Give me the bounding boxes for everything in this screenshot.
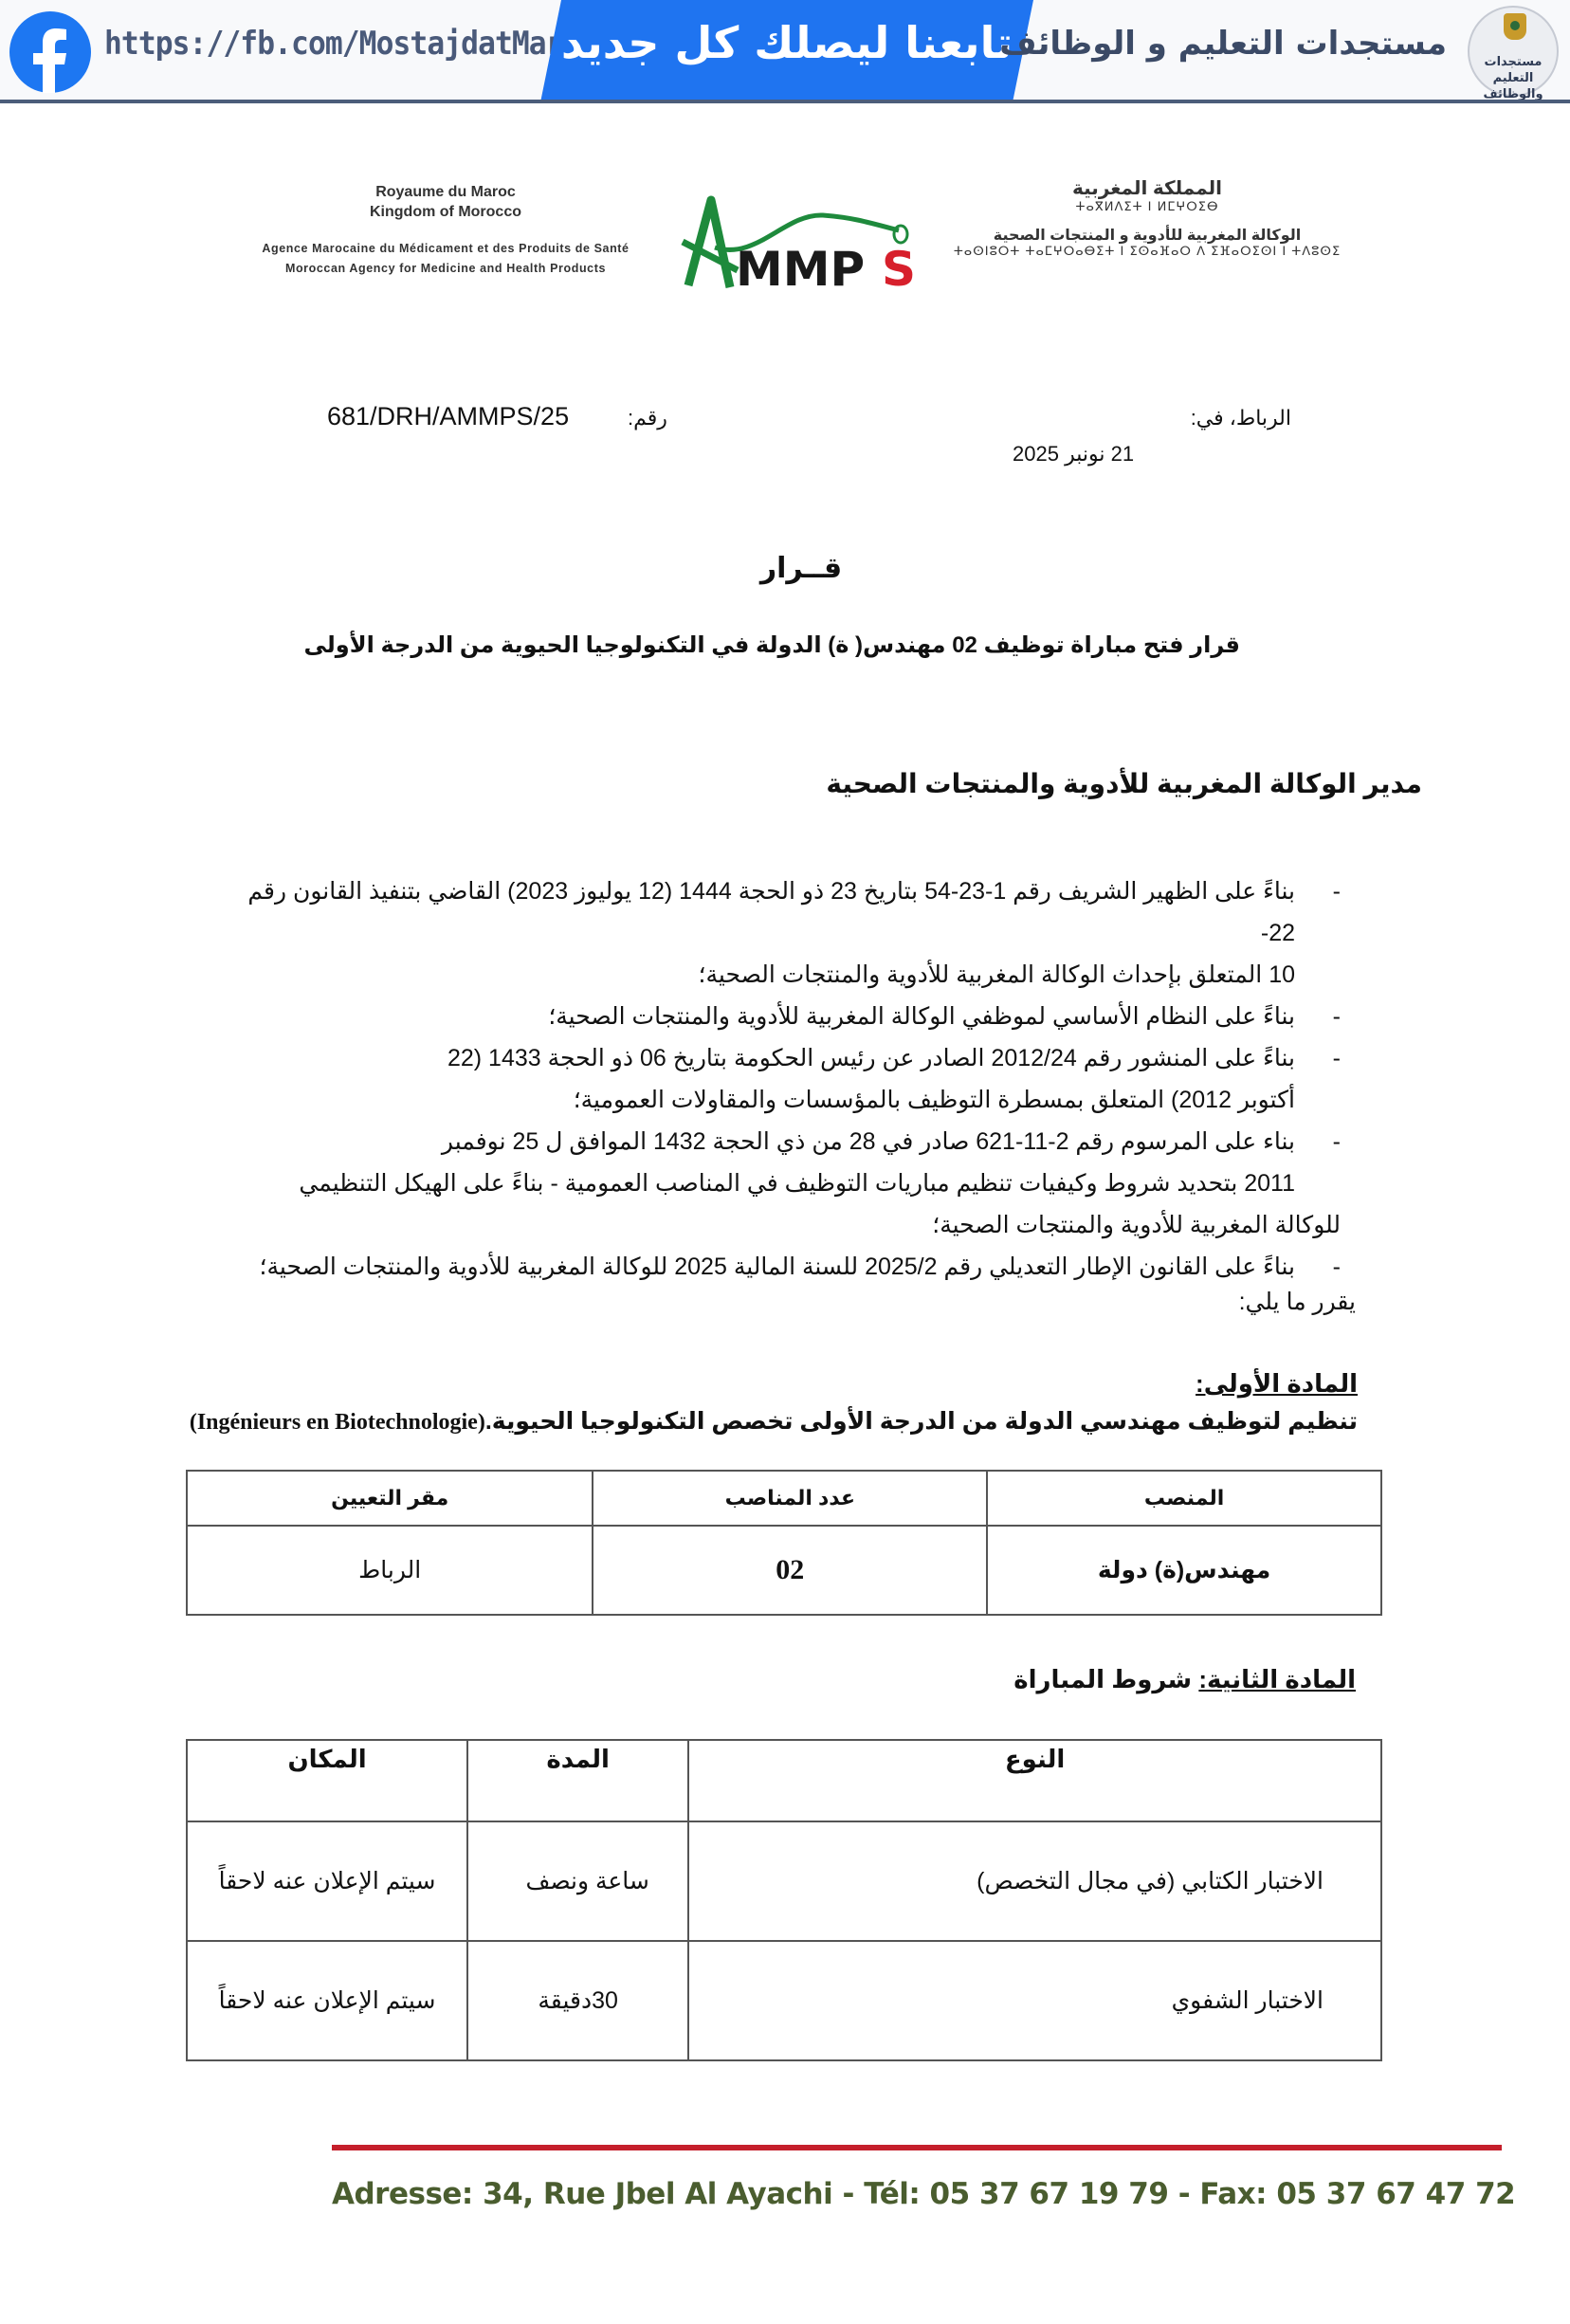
posts-table: المنصب عدد المناصب مقر التعيين مهندس(ة) …: [186, 1470, 1382, 1616]
table-row: الاختبار الشفوي 30دقيقة سيتم الإعلان عنه…: [187, 1941, 1381, 2060]
column-header: النوع: [688, 1740, 1381, 1821]
place-label: الرباط، في:: [1191, 406, 1291, 430]
consideration-item: - بناء على المرسوم رقم 2-11-621 صادر في …: [224, 1121, 1295, 1246]
post-location-cell: الرباط: [187, 1526, 593, 1615]
reference-number: 681/DRH/AMMPS/25: [327, 402, 569, 431]
ammps-logo: MMP S: [681, 194, 927, 299]
fr-agency: Agence Marocaine du Médicament et des Pr…: [228, 239, 664, 259]
footer-address: Adresse: 34, Rue Jbel Al Ayachi - Tél: 0…: [332, 2177, 1507, 2211]
bullet-dash: -: [1333, 1037, 1341, 1079]
site-logo: مستجدات التعليم والوظائف: [1468, 6, 1559, 97]
ar-kingdom: المملكة المغربية: [929, 176, 1365, 200]
decision-subtitle: قرار فتح مباراة توظيف 02 مهندس( ة) الدول…: [303, 631, 1240, 659]
site-name: مستجدات التعليم و الوظائف: [999, 25, 1447, 63]
reference-label: رقم:: [628, 406, 667, 430]
consideration-item: - بناءً على القانون الإطار التعديلي رقم …: [224, 1246, 1295, 1288]
letterhead-arabic: المملكة المغربية ⵜⴰⴳⵍⴷⵉⵜ ⵏ ⵍⵎⵖⵔⵉⴱ الوكال…: [929, 176, 1365, 259]
exam-location-cell: سيتم الإعلان عنه لاحقاً: [187, 1821, 467, 1941]
article-2-title: المادة الثانية: شروط المباراة: [1013, 1665, 1356, 1694]
bullet-dash: -: [1333, 870, 1341, 912]
table-row: الاختبار الكتابي (في مجال التخصص) ساعة و…: [187, 1821, 1381, 1941]
consideration-item: - بناءً على المنشور رقم 2012/24 الصادر ع…: [224, 1037, 1295, 1121]
column-header: عدد المناصب: [593, 1471, 987, 1526]
table-header-row: النوع المدة المكان: [187, 1740, 1381, 1821]
fr-kingdom: Royaume du Maroc: [228, 182, 664, 202]
article-1-text: تنظيم لتوظيف مهندسي الدولة من الدرجة الأ…: [190, 1407, 1358, 1436]
tifinagh-kingdom: ⵜⴰⴳⵍⴷⵉⵜ ⵏ ⵍⵎⵖⵔⵉⴱ: [929, 200, 1365, 214]
footer-divider: [332, 2145, 1502, 2150]
consideration-item: - بناءً على الظهير الشريف رقم 1-23-54 بت…: [224, 870, 1295, 996]
bullet-dash: -: [1333, 996, 1341, 1037]
exam-duration-cell: ساعة ونصف: [467, 1821, 688, 1941]
article-2-heading: شروط المباراة: [1013, 1665, 1198, 1693]
facebook-url-link[interactable]: https://fb.com/MostajdatMaroc: [104, 25, 596, 63]
letterhead-latin: Royaume du Maroc Kingdom of Morocco Agen…: [228, 182, 664, 222]
document-date: 21 نونبر 2025: [1013, 442, 1134, 467]
bullet-dash: -: [1333, 1246, 1341, 1288]
article-1-title: المادة الأولى:: [1196, 1369, 1358, 1399]
exam-type-cell: الاختبار الشفوي: [688, 1941, 1381, 2060]
consideration-item: - بناءً على النظام الأساسي لموظفي الوكال…: [224, 996, 1295, 1037]
svg-text:S: S: [882, 242, 916, 297]
exam-conditions-table: النوع المدة المكان الاختبار الكتابي (في …: [186, 1739, 1382, 2061]
ammps-logo-icon: MMP S: [681, 194, 927, 299]
exam-duration-cell: 30دقيقة: [467, 1941, 688, 2060]
agency-names-latin: Agence Marocaine du Médicament et des Pr…: [228, 239, 664, 279]
en-agency: Moroccan Agency for Medicine and Health …: [228, 259, 664, 279]
promo-banner: https://fb.com/MostajdatMaroc تابعنا ليص…: [0, 0, 1570, 102]
exam-location-cell: سيتم الإعلان عنه لاحقاً: [187, 1941, 467, 2060]
ammps-wordmark: MMP: [736, 242, 865, 297]
column-header: مقر التعيين: [187, 1471, 593, 1526]
table-header-row: المنصب عدد المناصب مقر التعيين: [187, 1471, 1381, 1526]
article-1-text-fr: (Ingénieurs en Biotechnologie): [190, 1410, 485, 1435]
decision-title: قــرار: [0, 552, 1570, 585]
site-logo-text: مستجدات التعليم والوظائف: [1470, 53, 1557, 101]
coat-of-arms-icon: [1504, 13, 1526, 40]
article-2-label: المادة الثانية:: [1198, 1665, 1356, 1693]
en-kingdom: Kingdom of Morocco: [228, 202, 664, 222]
considerations-list: - بناءً على الظهير الشريف رقم 1-23-54 بت…: [224, 870, 1295, 1288]
director-title: مدير الوكالة المغربية للأدوية والمنتجات …: [826, 768, 1422, 799]
table-row: مهندس(ة) دولة 02 الرباط: [187, 1526, 1381, 1615]
banner-divider: [0, 100, 1570, 103]
decides-heading: يقرر ما يلي:: [1239, 1288, 1356, 1316]
facebook-icon[interactable]: [9, 11, 91, 93]
bullet-dash: -: [1333, 1121, 1341, 1162]
column-header: المنصب: [987, 1471, 1381, 1526]
tifinagh-agency: ⵜⴰⵙⵏⵓⵔⵜ ⵜⴰⵎⵖⵔⴰⴱⵉⵜ ⵏ ⵉⵙⴰⴼⴰⵔ ⴷ ⵉⴼⴰⵔⵉⵙⵏ ⵏ ⵜ…: [929, 245, 1365, 259]
column-header: المدة: [467, 1740, 688, 1821]
post-count-cell: 02: [593, 1526, 987, 1615]
column-header: المكان: [187, 1740, 467, 1821]
follow-us-text: تابعنا ليصلك كل جديد: [540, 17, 1033, 68]
post-name-cell: مهندس(ة) دولة: [987, 1526, 1381, 1615]
exam-type-cell: الاختبار الكتابي (في مجال التخصص): [688, 1821, 1381, 1941]
article-1-text-ar: تنظيم لتوظيف مهندسي الدولة من الدرجة الأ…: [485, 1408, 1358, 1435]
ar-agency: الوكالة المغربية للأدوية و المنتجات الصح…: [929, 226, 1365, 245]
